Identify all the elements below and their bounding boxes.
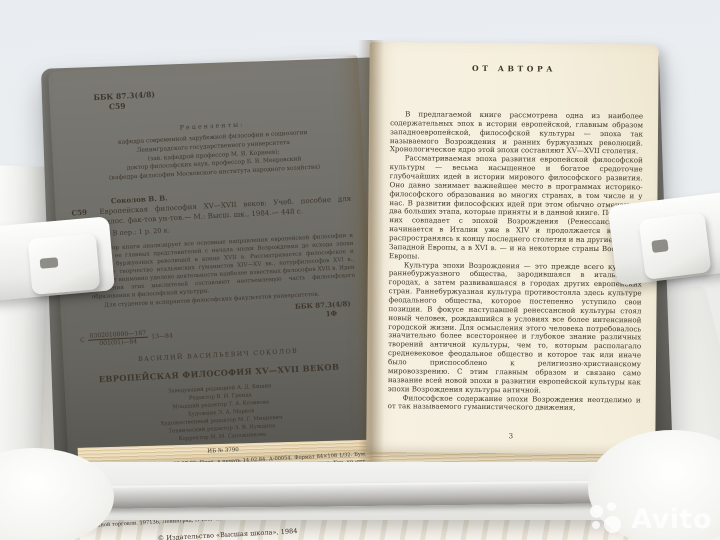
- page-clip-right-slot: [651, 239, 668, 253]
- catalog-code: С59: [71, 207, 87, 218]
- body-text: В предлагаемой книге рассмотрена одна из…: [388, 110, 644, 413]
- formula-denominator: 001(01)—84: [99, 338, 137, 347]
- avito-logo-icon: [590, 502, 624, 536]
- paragraph: Рассматриваемая эпоха развития европейск…: [389, 154, 643, 263]
- book-gutter-shadow: [358, 40, 384, 465]
- formula-fraction: 0302010000—187 001(01)—84: [87, 330, 148, 348]
- bbk-code-block: ББК 87.3(4/8) С59: [93, 79, 360, 113]
- formula-prefix: С: [80, 337, 85, 344]
- page-clip-left: [28, 233, 101, 295]
- formula-suffix: 13—84: [151, 333, 173, 341]
- page-clip-right: [639, 212, 712, 280]
- paragraph: Культура эпохи Возрождения — это прежде …: [388, 261, 642, 396]
- paragraph: В предлагаемой книге рассмотрена одна из…: [390, 110, 643, 157]
- page-clip-left-slot: [40, 257, 59, 269]
- page-number: 3: [366, 431, 655, 442]
- book-photo: ББК 87.3(4/8) С59 Рецензенты: кафедра со…: [0, 0, 720, 540]
- avito-watermark: Avito: [590, 502, 712, 536]
- paragraph: Философское содержание эпохи Возрождения…: [388, 394, 641, 414]
- bookstand-left-panel: [0, 165, 49, 479]
- reviewers-block: Рецензенты: кафедра современной зарубежн…: [71, 114, 356, 185]
- avito-watermark-label: Avito: [631, 504, 712, 535]
- editorial-staff-block: Заведующий редакцией А. Д. Кишин Редакто…: [65, 378, 377, 450]
- chapter-header: ОТ АВТОРА: [370, 63, 659, 75]
